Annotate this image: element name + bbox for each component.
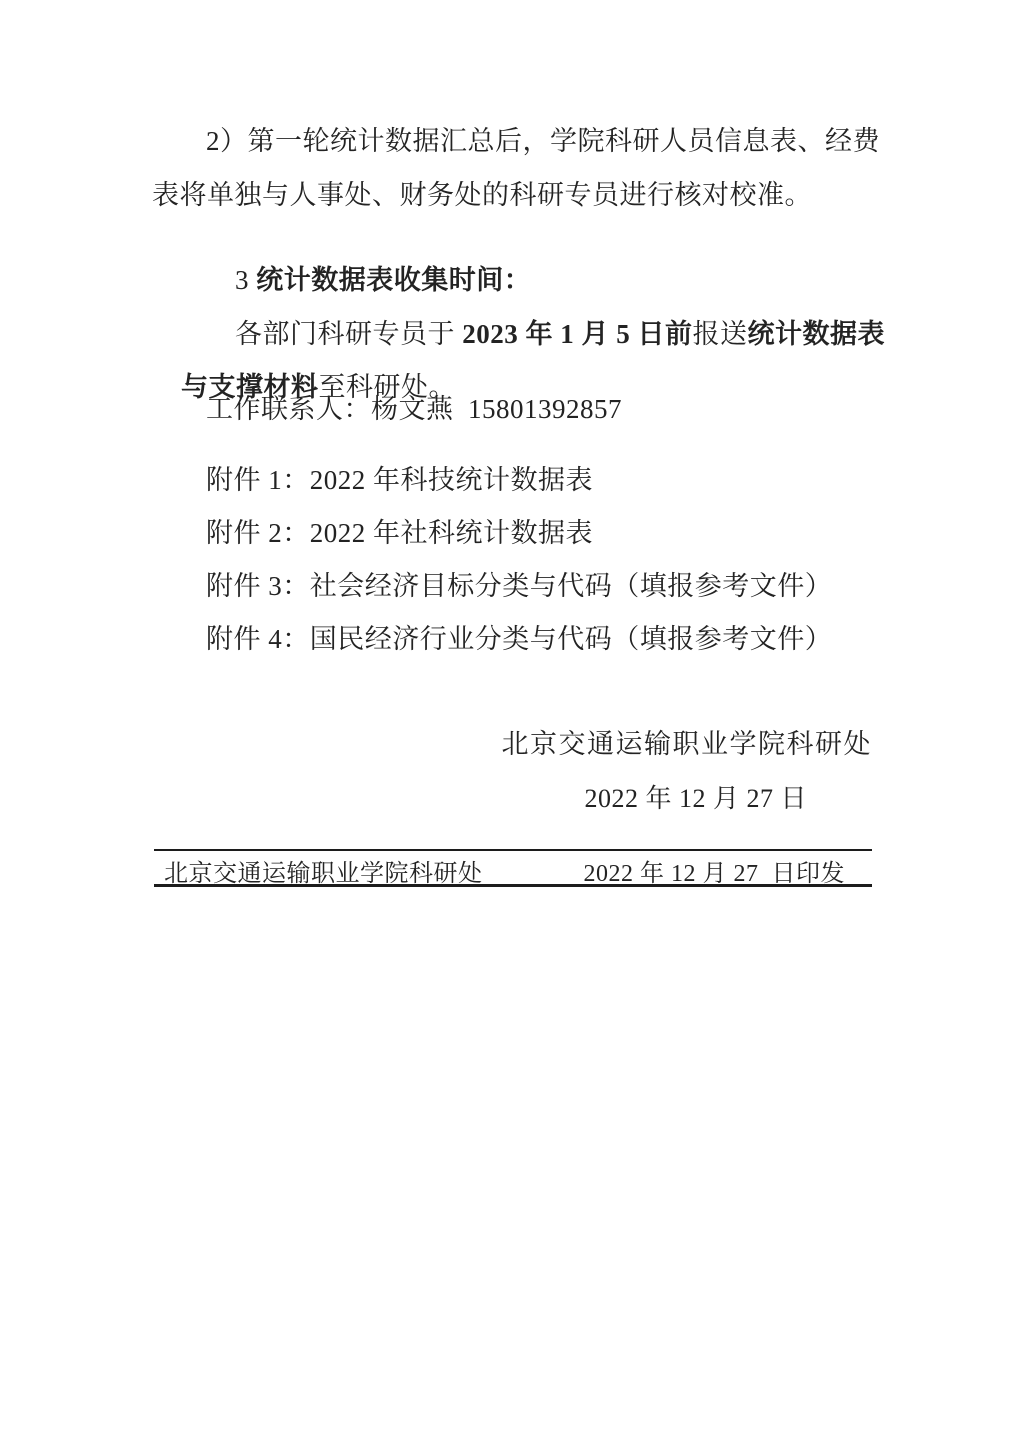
attachment-item-1: 附件 1：2022 年科技统计数据表 [206,454,832,507]
deadline-mid-text: 报送 [693,319,748,349]
document-page: 2）第一轮统计数据汇总后，学院科研人员信息表、经费 表将单独与人事处、财务处的科… [0,0,1024,1448]
attachment-item-2: 附件 2：2022 年社科统计数据表 [206,507,832,560]
deadline-bold-tail-line1: 统计数据表 [748,319,886,349]
footer-issuer: 北京交通运输职业学院科研处 [154,853,483,888]
signature-organization: 北京交通运输职业学院科研处 [502,722,873,761]
footer-top-rule [154,849,872,851]
footer-print-date: 2022 年 12 月 27 日印发 [584,853,873,888]
contact-person-line: 工作联系人：杨文燕 15801392857 [206,394,622,426]
signature-date: 2022 年 12 月 27 日 [584,778,807,815]
deadline-date-bold: 2023 年 1 月 5 日前 [462,319,692,349]
paragraph-verification-line2: 表将单独与人事处、财务处的科研专员进行核对校准。 [152,180,812,212]
attachment-list: 附件 1：2022 年科技统计数据表 附件 2：2022 年社科统计数据表 附件… [206,454,832,666]
footer-row: 北京交通运输职业学院科研处 2022 年 12 月 27 日印发 [154,856,872,884]
paragraph-verification-line1: 2）第一轮统计数据汇总后，学院科研人员信息表、经费 [206,126,880,158]
attachment-item-3: 附件 3：社会经济目标分类与代码（填报参考文件） [206,560,832,613]
footer-bottom-rule [154,884,872,887]
attachment-item-4: 附件 4：国民经济行业分类与代码（填报参考文件） [206,613,832,666]
